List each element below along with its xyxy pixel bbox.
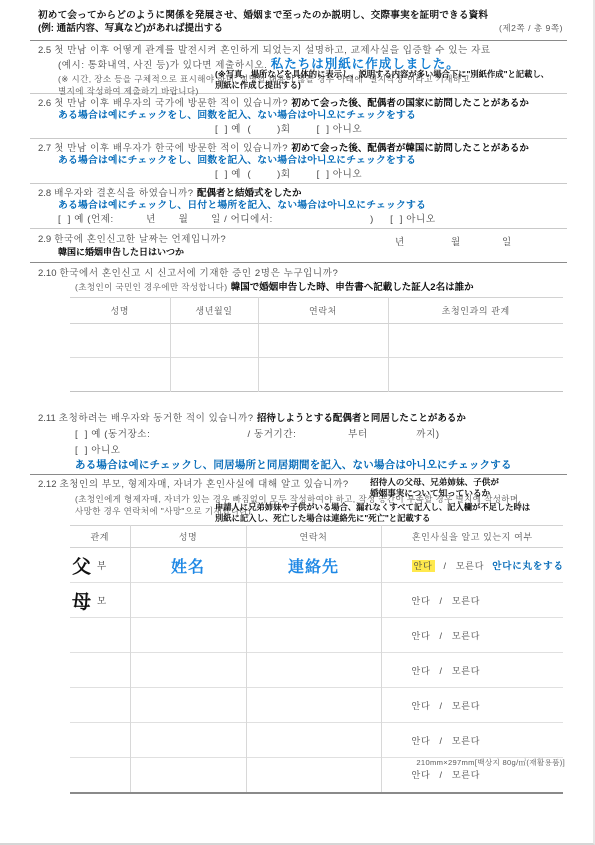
knows-option[interactable]: 안다 (412, 666, 431, 676)
jp-circle-note: 안다に丸をする (492, 561, 563, 572)
col-birthdate: 생년월일 (170, 298, 258, 324)
question-2-5: 2.5첫 만남 이후 어떻게 관계를 발전시켜 혼인하게 되었는지 설명하고, … (38, 41, 563, 93)
question-text: 첫 만남 이후 배우자의 국가에 방문한 적이 있습니까? (54, 98, 288, 109)
family-contact-field[interactable] (246, 618, 381, 653)
family-row-mother: 母모 안다/모른다 (70, 583, 563, 618)
witness-relation-field[interactable] (388, 358, 563, 392)
question-number: 2.7 (38, 143, 51, 154)
question-number: 2.6 (38, 98, 51, 109)
jp-instruction-note: (※写真、場所などを具体的に表示し、説明する内容が多い場合下に"別紙作成"と記載… (215, 69, 549, 91)
relation-field[interactable] (70, 758, 130, 793)
family-contact-field[interactable] (246, 653, 381, 688)
family-name-field[interactable] (130, 653, 246, 688)
question-2-11: 2.11초청하려는 배우자와 동거한 적이 있습니까? 招待しようとする配偶者と… (38, 392, 563, 474)
sub-instruction: (초청인이 국민인 경우에만 작성합니다) (75, 282, 228, 292)
witness-relation-field[interactable] (388, 324, 563, 358)
jp-question-note: 招待人の父母、兄弟姉妹、子供が 婚姻事実について知っているか (370, 477, 499, 499)
doesnt-know-option[interactable]: 모른다 (456, 561, 484, 571)
day-label[interactable]: 일 (502, 234, 511, 248)
jp-question-note: 韓国に婚姻申告した日はいつか (58, 246, 563, 258)
family-table-header-row: 관계 성명 연락처 혼인사실을 알고 있는지 여부 (70, 526, 563, 548)
knows-option[interactable]: 안다 (412, 736, 431, 746)
knows-option[interactable]: 안다 (412, 770, 431, 780)
jp-check-instruction: ある場合は예にチェックし、日付と場所を記入、ない場合は아니오にチェックする (58, 200, 563, 212)
col-relation: 초청인과의 관계 (388, 298, 563, 324)
question-text: 첫 만남 이후 배우자가 한국에 방문한 적이 있습니까? (54, 143, 288, 154)
question-2-12: 2.12초청인의 부모, 형제자매, 자녀가 혼인사실에 대해 알고 있습니까?… (38, 475, 563, 525)
col-contact: 연락처 (258, 298, 388, 324)
col-name: 성명 (70, 298, 170, 324)
header-line1: 初めて会ってからどのように関係を発展させ、婚姻まで至ったのか説明し、交際事実を証… (38, 9, 563, 22)
doesnt-know-option[interactable]: 모른다 (452, 666, 480, 676)
witness-table-header-row: 성명 생년월일 연락처 초청인과의 관계 (70, 298, 563, 324)
knows-option[interactable]: 안다 (412, 631, 431, 641)
relation-ko: 모 (97, 596, 106, 607)
jp-question-note: 配偶者と結婚式をしたか (197, 188, 302, 199)
question-text: 초청하려는 배우자와 동거한 적이 있습니까? (59, 413, 254, 424)
question-number: 2.11 (38, 413, 56, 424)
checkbox-yes-when-where[interactable]: [ ] 예 (언제: 년 월 일 / 어디에서: ) (58, 214, 374, 225)
checkbox-yes[interactable]: [ ] 예 ( )회 (215, 169, 291, 180)
family-row: 안다/모른다 (70, 688, 563, 723)
jp-question-note: 韓国で婚姻申告した時、申告書へ記載した証人2名は誰か (231, 282, 474, 293)
jp-check-instruction: ある場合は예にチェックをし、回数を記入、ない場合は아니오にチェックをする (58, 155, 563, 167)
relation-hanja: 父 (72, 557, 91, 578)
witness-table: 성명 생년월일 연락처 초청인과의 관계 (70, 297, 563, 392)
witness-name-field[interactable] (70, 358, 170, 392)
question-2-10: 2.10한국에서 혼인신고 시 신고서에 기재한 증인 2명은 누구입니까? (… (38, 263, 563, 297)
page-number: (제2쪽 / 총 9쪽) (499, 22, 563, 35)
family-row-father: 父부 姓名 連絡先 안다/모른다안다に丸をする (70, 548, 563, 583)
question-2-8: 2.8배우자와 결혼식을 하였습니까? 配偶者と結婚式をしたか ある場合は예にチ… (38, 184, 563, 228)
question-number: 2.10 (38, 268, 57, 279)
witness-contact-field[interactable] (258, 324, 388, 358)
family-table: 관계 성명 연락처 혼인사실을 알고 있는지 여부 父부 姓名 連絡先 안다/모… (70, 525, 563, 794)
family-name-field[interactable] (130, 618, 246, 653)
family-name-field[interactable] (130, 688, 246, 723)
relation-ko: 부 (97, 561, 106, 572)
checkbox-yes[interactable]: [ ] 예 ( )회 (215, 124, 291, 135)
col-contact: 연락처 (246, 526, 381, 548)
relation-field[interactable] (70, 723, 130, 758)
family-contact-field[interactable] (246, 583, 381, 618)
document-page: 初めて会ってからどのように関係を発展させ、婚姻まで至ったのか説明し、交際事実を証… (0, 0, 595, 845)
checkbox-yes-cohabit[interactable]: [ ] 예 (동거장소: / 동거기간: 부터 까지) (75, 428, 563, 441)
knows-option[interactable]: 안다 (412, 701, 431, 711)
relation-field[interactable] (70, 653, 130, 688)
family-name-field[interactable] (130, 723, 246, 758)
col-relation: 관계 (70, 526, 130, 548)
month-label[interactable]: 월 (451, 234, 460, 248)
family-contact-field[interactable] (246, 758, 381, 793)
year-label[interactable]: 년 (395, 234, 404, 248)
witness-name-field[interactable] (70, 324, 170, 358)
relation-hanja: 母 (72, 592, 91, 613)
jp-check-instruction: ある場合は예にチェックをし、回数を記入、ない場合は아니오にチェックをする (58, 110, 563, 122)
family-name-field[interactable]: 姓名 (130, 548, 246, 583)
question-text: 초청인의 부모, 형제자매, 자녀가 혼인사실에 대해 알고 있습니까? (60, 479, 349, 490)
col-name: 성명 (130, 526, 246, 548)
jp-instruction-note: 申請人に兄弟姉妹や子供がいる場合、漏れなくすべて記入し、記入欄が不足した時は 別… (215, 502, 530, 524)
witness-contact-field[interactable] (258, 358, 388, 392)
doesnt-know-option[interactable]: 모른다 (452, 701, 480, 711)
question-number: 2.9 (38, 234, 51, 245)
jp-check-instruction: ある場合は예にチェックし、同居場所と同居期間を記入、ない場合は아니오にチェックす… (75, 459, 563, 471)
question-number: 2.5 (38, 45, 51, 56)
checkbox-no[interactable]: [ ] 아니오 (317, 124, 363, 135)
doesnt-know-option[interactable]: 모른다 (452, 770, 480, 780)
header-line2: (例: 通話内容、写真など)があれば提出する (38, 22, 223, 35)
family-name-field[interactable] (130, 583, 246, 618)
family-contact-field[interactable] (246, 723, 381, 758)
checkbox-no[interactable]: [ ] 아니오 (317, 169, 363, 180)
witness-birthdate-field[interactable] (170, 324, 258, 358)
page-content: 初めて会ってからどのように関係を発展させ、婚姻まで至ったのか説明し、交際事実を証… (0, 0, 593, 794)
question-2-9: 2.9한국에 혼인신고한 날짜는 언제입니까? 년 월 일 韓国に婚姻申告した日… (38, 229, 563, 262)
question-text: 첫 만남 이후 어떻게 관계를 발전시켜 혼인하게 되었는지 설명하고, 교제사… (54, 45, 490, 56)
doc-header: 初めて会ってからどのように関係を発展させ、婚姻まで至ったのか説明し、交際事実を証… (38, 9, 563, 35)
jp-question-note: 初めて会った後、配偶者の国家に訪問したことがあるか (291, 98, 529, 109)
family-contact-field[interactable] (246, 688, 381, 723)
knows-option[interactable]: 안다 (412, 560, 435, 572)
doesnt-know-option[interactable]: 모른다 (452, 736, 480, 746)
question-2-7: 2.7첫 만남 이후 배우자가 한국에 방문한 적이 있습니까? 初めて会った後… (38, 139, 563, 183)
doesnt-know-option[interactable]: 모른다 (452, 596, 480, 606)
knows-option[interactable]: 안다 (412, 596, 431, 606)
question-number: 2.8 (38, 188, 51, 199)
question-text: 한국에서 혼인신고 시 신고서에 기재한 증인 2명은 누구입니까? (60, 268, 339, 279)
family-row: 안다/모른다 (70, 723, 563, 758)
question-text: 한국에 혼인신고한 날짜는 언제입니까? (54, 234, 226, 245)
relation-field[interactable] (70, 688, 130, 723)
question-text: 배우자와 결혼식을 하였습니까? (54, 188, 193, 199)
jp-question-note: 招待しようとする配偶者と同居したことがあるか (257, 413, 466, 424)
witness-row (70, 358, 563, 392)
family-row: 안다/모른다 (70, 653, 563, 688)
family-row: 안다/모른다 (70, 618, 563, 653)
checkbox-no[interactable]: [ ] 아니오 (390, 214, 436, 225)
doesnt-know-option[interactable]: 모른다 (452, 631, 480, 641)
witness-birthdate-field[interactable] (170, 358, 258, 392)
family-name-field[interactable] (130, 758, 246, 793)
checkbox-no[interactable]: [ ] 아니오 (75, 444, 563, 457)
paper-spec-footer: 210mm×297mm[백상지 80g/㎡(재활용품)] (416, 757, 565, 768)
question-2-6: 2.6첫 만남 이후 배우자의 국가에 방문한 적이 있습니까? 初めて会った後… (38, 94, 563, 138)
witness-row (70, 324, 563, 358)
jp-question-note: 初めて会った後、配偶者が韓国に訪問したことがあるか (291, 143, 529, 154)
col-knows-marriage: 혼인사실을 알고 있는지 여부 (381, 526, 563, 548)
question-number: 2.12 (38, 479, 57, 490)
relation-field[interactable] (70, 618, 130, 653)
family-contact-field[interactable]: 連絡先 (246, 548, 381, 583)
